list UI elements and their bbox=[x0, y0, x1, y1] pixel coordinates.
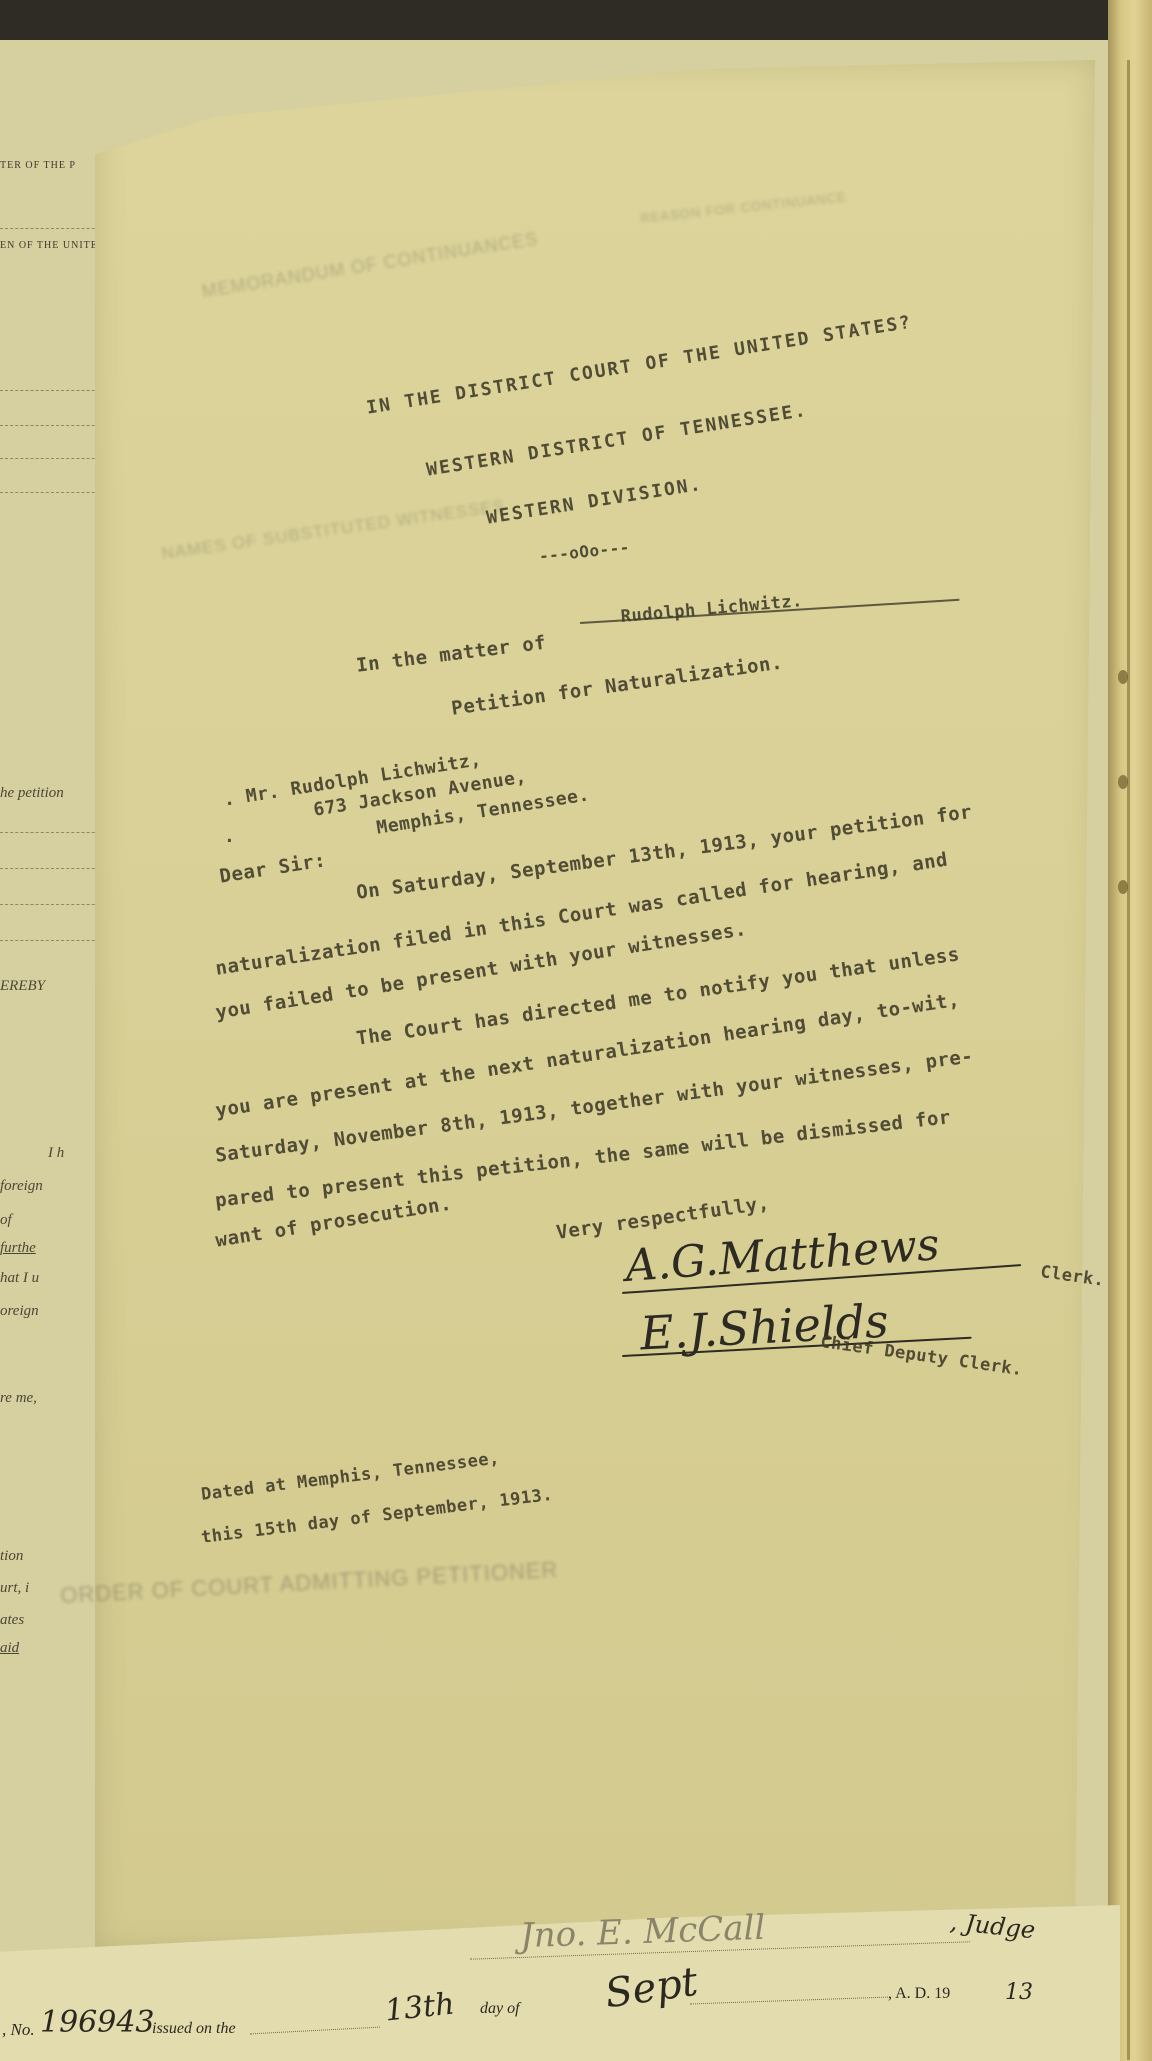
form-dotted-line bbox=[0, 228, 110, 229]
form-dotted-line bbox=[0, 940, 110, 941]
book-binding-line bbox=[1127, 60, 1130, 2060]
form-italic-fragment: oreign bbox=[0, 1303, 39, 1320]
form-italic-fragment: he petition bbox=[0, 785, 64, 802]
form-italic-fragment: EREBY bbox=[0, 978, 45, 995]
form-caps-fragment: TER OF THE P bbox=[0, 160, 76, 171]
form-dotted-line bbox=[0, 390, 110, 391]
form-italic-fragment: I h bbox=[48, 1145, 64, 1162]
stain bbox=[1118, 880, 1128, 894]
form-dotted-line bbox=[0, 904, 110, 905]
form-italic-fragment: tion bbox=[0, 1548, 23, 1565]
form-dotted-line bbox=[0, 458, 110, 459]
form-italic-fragment: furthe bbox=[0, 1240, 36, 1257]
cert-issued-on: issued on the bbox=[152, 2020, 236, 2038]
cert-ad-label: , A. D. 19 bbox=[888, 1985, 950, 2003]
cert-number: 196943 bbox=[40, 2005, 155, 2040]
form-dotted-line bbox=[0, 868, 110, 869]
form-italic-fragment: foreign bbox=[0, 1178, 43, 1195]
stain bbox=[1118, 775, 1128, 789]
cert-day: 13th bbox=[383, 1986, 456, 2028]
form-italic-fragment: re me, bbox=[0, 1390, 37, 1407]
form-caps-fragment: EN OF THE UNITE bbox=[0, 240, 98, 251]
form-italic-fragment: urt, i bbox=[0, 1580, 29, 1597]
form-dotted-line bbox=[0, 492, 110, 493]
form-italic-fragment: of bbox=[0, 1212, 12, 1229]
form-dotted-line bbox=[0, 425, 110, 426]
cert-day-of: day of bbox=[480, 2000, 520, 2018]
cert-no-prefix: , No. bbox=[2, 2020, 35, 2040]
form-italic-fragment: ates bbox=[0, 1612, 24, 1629]
form-italic-fragment: aid bbox=[0, 1640, 19, 1657]
stain bbox=[1118, 670, 1128, 684]
addressee-dot: . bbox=[224, 826, 235, 847]
cert-year: 13 bbox=[1005, 1980, 1033, 2005]
form-italic-fragment: hat I u bbox=[0, 1270, 39, 1287]
form-dotted-line bbox=[0, 832, 110, 833]
book-edge bbox=[1108, 0, 1152, 2061]
